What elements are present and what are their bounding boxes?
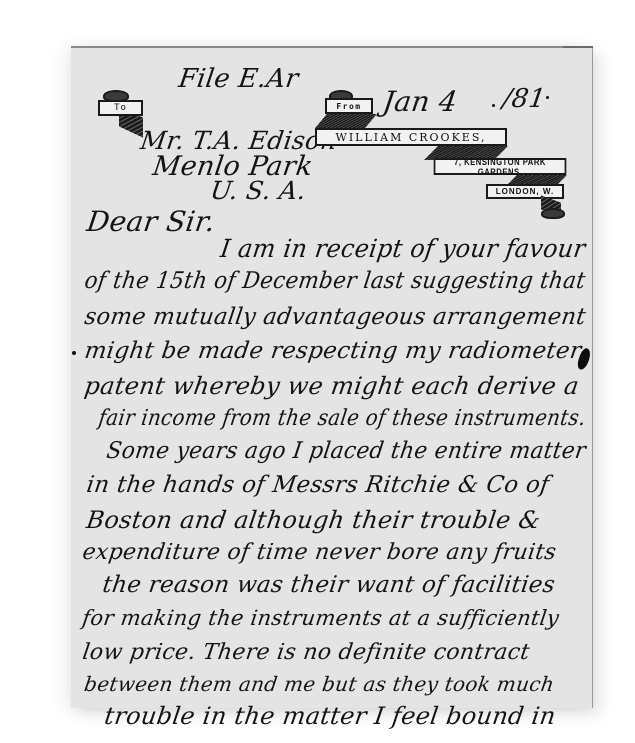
body-line-9: Boston and although their trouble & — [85, 508, 542, 532]
city-banner-curl-icon — [541, 208, 565, 219]
date-dot — [546, 96, 549, 99]
body-line-3: some mutually advantageous arrangement — [83, 306, 587, 329]
margin-ink-dot — [72, 351, 76, 355]
date-dot — [492, 104, 495, 107]
body-line-6: fair income from the sale of these instr… — [97, 408, 587, 430]
sender-address: 7, KENSINGTON PARK GARDENS. — [434, 158, 567, 175]
body-line-15: trouble in the matter I feel bound in — [103, 704, 557, 728]
recipient-country: U. S. A. — [209, 178, 308, 203]
body-line-10: expenditure of time never bore any fruit… — [81, 542, 558, 564]
sender-name: WILLIAM CROOKES, — [315, 128, 507, 146]
from-label: From — [325, 98, 373, 114]
from-banner-ribbon-icon — [315, 114, 377, 128]
body-line-8: in the hands of Messrs Ritchie & Co of — [85, 474, 551, 497]
body-line-5: patent whereby we might each derive a — [83, 374, 581, 398]
salutation: Dear Sir. — [85, 208, 217, 236]
body-line-1: I am in receipt of your favour — [219, 236, 587, 261]
scan-background: File E.Ar To Mr. T.A. Edison Menlo Park … — [0, 0, 635, 743]
body-line-12: for making the instruments at a sufficie… — [81, 608, 560, 629]
letter-page: File E.Ar To Mr. T.A. Edison Menlo Park … — [71, 46, 593, 708]
paper-edge — [563, 46, 593, 48]
letter-date-month-day: Jan 4 — [381, 88, 459, 116]
body-line-4: might be made respecting my radiometer — [83, 340, 583, 363]
letter-date-year: /81 — [501, 86, 547, 112]
to-label: To — [98, 100, 143, 116]
file-annotation: File E.Ar — [177, 66, 300, 92]
body-line-2: of the 15th of December last suggesting … — [83, 270, 587, 293]
sender-city: LONDON, W. — [486, 184, 564, 199]
body-line-14: between them and me but as they took muc… — [83, 674, 556, 694]
body-line-11: the reason was their want of facilities — [101, 574, 556, 597]
body-line-7: Some years ago I placed the entire matte… — [105, 440, 587, 463]
body-line-13: low price. There is no definite contract — [81, 642, 531, 664]
recipient-name: Mr. T.A. Edison — [139, 128, 339, 153]
